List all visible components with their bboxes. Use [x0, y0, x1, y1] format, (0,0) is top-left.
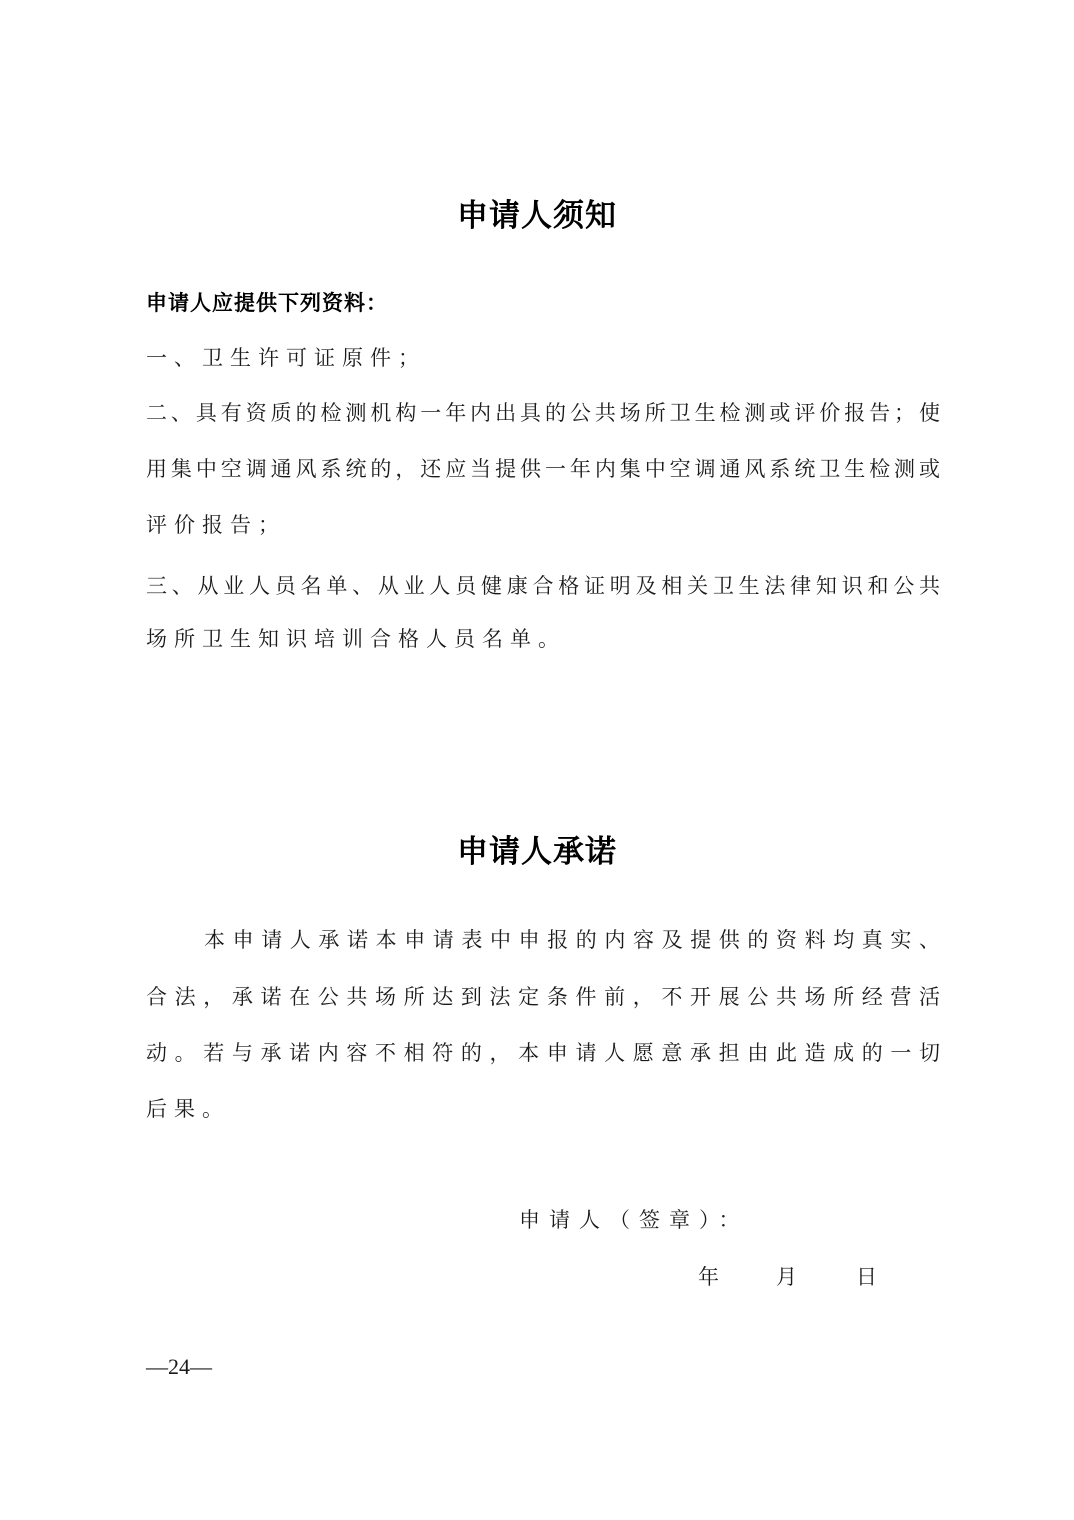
notice-item-2-line-3: 评价报告；	[146, 510, 940, 540]
page-number: —24—	[146, 1352, 212, 1382]
notice-title: 申请人须知	[0, 196, 1074, 236]
date-day-label: 日	[856, 1262, 877, 1292]
pledge-line-2: 合法，承诺在公共场所达到法定条件前，不开展公共场所经营活	[146, 982, 940, 1012]
signature-label: 申请人（签章）：	[519, 1205, 749, 1235]
pledge-line-1: 本申请人承诺本申请表中申报的内容及提供的资料均真实、	[204, 925, 940, 955]
date-year-label: 年	[698, 1262, 719, 1292]
notice-item-1-line-1: 一、卫生许可证原件；	[146, 343, 940, 373]
pledge-title: 申请人承诺	[0, 832, 1074, 872]
pledge-line-3: 动。若与承诺内容不相符的，本申请人愿意承担由此造成的一切	[146, 1038, 940, 1068]
notice-subheading: 申请人应提供下列资料：	[146, 288, 388, 318]
notice-item-2-line-1: 二、具有资质的检测机构一年内出具的公共场所卫生检测或评价报告；使	[146, 398, 940, 428]
notice-item-3-line-2: 场所卫生知识培训合格人员名单。	[146, 624, 940, 654]
notice-item-3-line-1: 三、从业人员名单、从业人员健康合格证明及相关卫生法律知识和公共	[146, 571, 940, 601]
notice-item-2-line-2: 用集中空调通风系统的，还应当提供一年内集中空调通风系统卫生检测或	[146, 454, 940, 484]
pledge-line-4: 后果。	[146, 1094, 940, 1124]
date-month-label: 月	[776, 1262, 797, 1292]
document-page: 申请人须知 申请人应提供下列资料： 一、卫生许可证原件； 二、具有资质的检测机构…	[0, 0, 1074, 1520]
